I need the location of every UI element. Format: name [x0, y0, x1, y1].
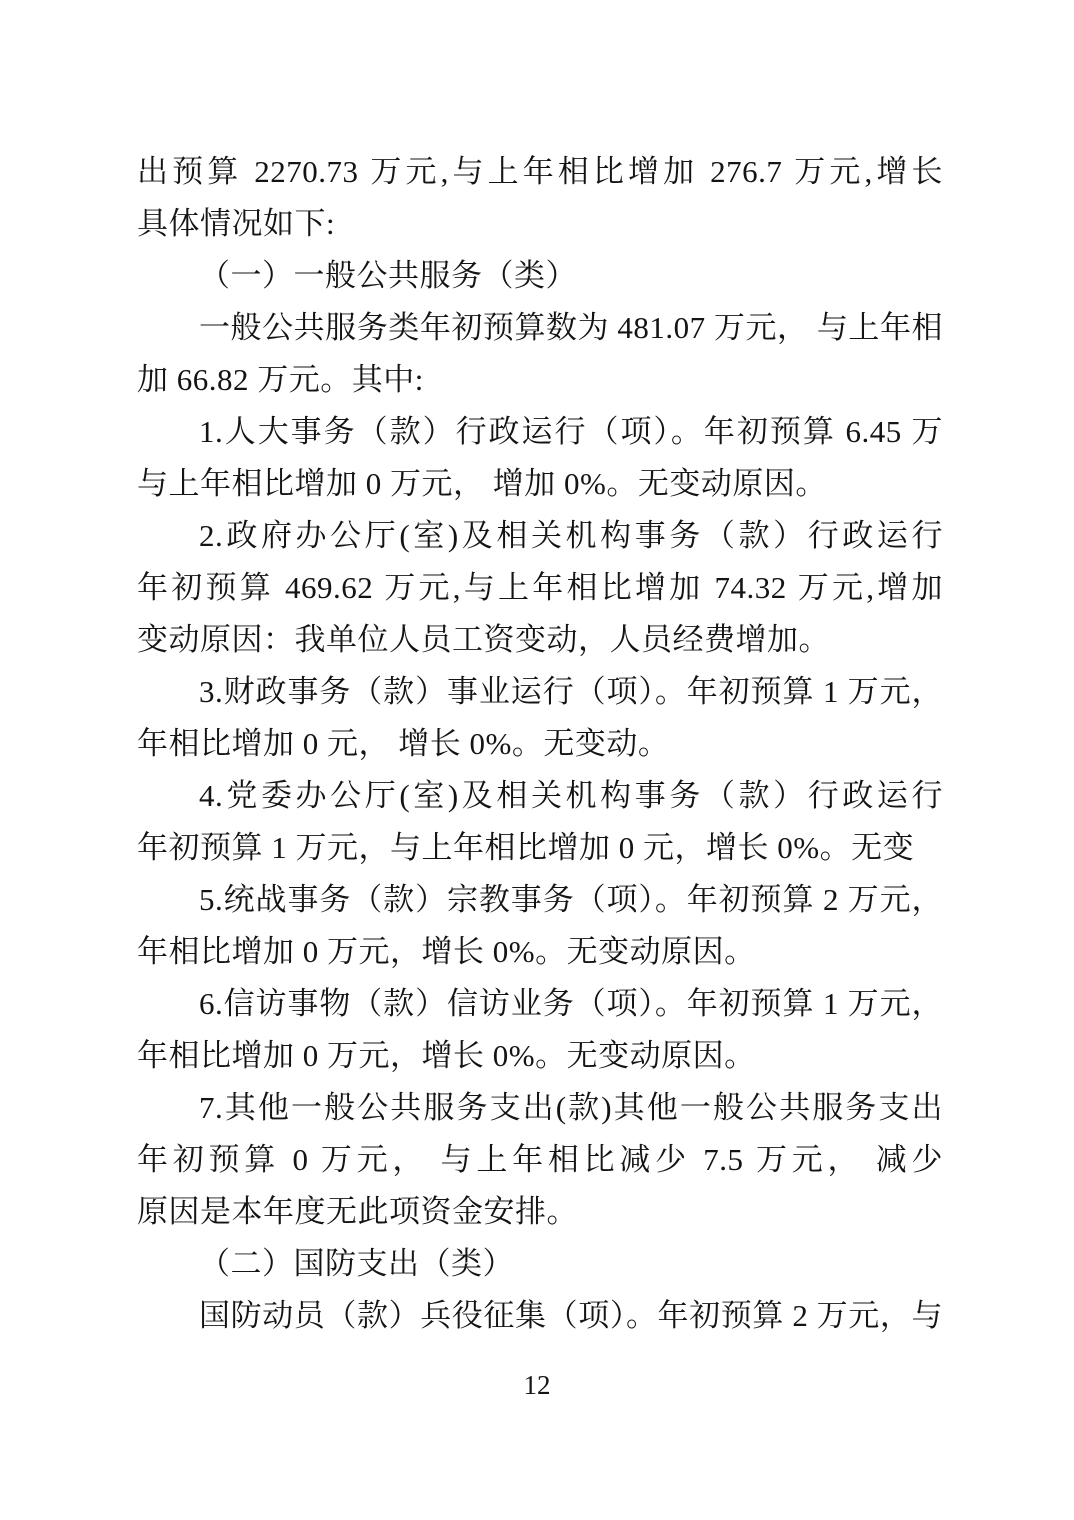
- text-line: 与上年相比增加 0 万元， 增加 0%。无变动原因。: [137, 458, 943, 510]
- text-line: 6.信访事物（款）信访业务（项）。年初预算 1 万元，与上: [137, 978, 943, 1030]
- document-body: 出预算 2270.73 万元,与上年相比增加 276.7 万元,增长 13.88…: [137, 146, 943, 1342]
- text-line: 出预算 2270.73 万元,与上年相比增加 276.7 万元,增长 13.88…: [137, 146, 943, 198]
- document-page: 出预算 2270.73 万元,与上年相比增加 276.7 万元,增长 13.88…: [0, 0, 1074, 1520]
- text-line: 1.人大事务（款）行政运行（项）。年初预算 6.45 万元,: [137, 406, 943, 458]
- text-line: 2.政府办公厅(室)及相关机构事务（款）行政运行（项）。: [137, 510, 943, 562]
- page-number: 12: [0, 1368, 1074, 1402]
- text-line: 国防动员（款）兵役征集（项）。年初预算 2 万元，与上年: [137, 1290, 943, 1342]
- text-line: 年相比增加 0 元， 增长 0%。无变动。: [137, 718, 943, 770]
- text-line: 年初预算 0 万元， 与上年相比减少 7.5 万元， 减少 100%。变动: [137, 1134, 943, 1186]
- text-line: （一）一般公共服务（类）: [137, 250, 943, 302]
- text-line: 加 66.82 万元。其中:: [137, 354, 943, 406]
- text-line: 原因是本年度无此项资金安排。: [137, 1186, 943, 1238]
- text-line: 3.财政事务（款）事业运行（项）。年初预算 1 万元，与上: [137, 666, 943, 718]
- text-line: 5.统战事务（款）宗教事务（项）。年初预算 2 万元，与上: [137, 874, 943, 926]
- text-line: 4.党委办公厅(室)及相关机构事务（款）行政运行（项）。: [137, 770, 943, 822]
- text-line: （二）国防支出（类）: [137, 1238, 943, 1290]
- text-line: 年相比增加 0 万元，增长 0%。无变动原因。: [137, 1030, 943, 1082]
- text-line: 变动原因：我单位人员工资变动，人员经费增加。: [137, 614, 943, 666]
- text-line: 具体情况如下:: [137, 198, 943, 250]
- text-line: 7.其他一般公共服务支出(款)其他一般公共服务支出(项)。: [137, 1082, 943, 1134]
- text-line: 年初预算 1 万元，与上年相比增加 0 元，增长 0%。无变动。: [137, 822, 943, 874]
- text-line: 一般公共服务类年初预算数为 481.07 万元， 与上年相比增: [137, 302, 943, 354]
- text-line: 年相比增加 0 万元，增长 0%。无变动原因。: [137, 926, 943, 978]
- text-line: 年初预算 469.62 万元,与上年相比增加 74.32 万元,增加 18.8%…: [137, 562, 943, 614]
